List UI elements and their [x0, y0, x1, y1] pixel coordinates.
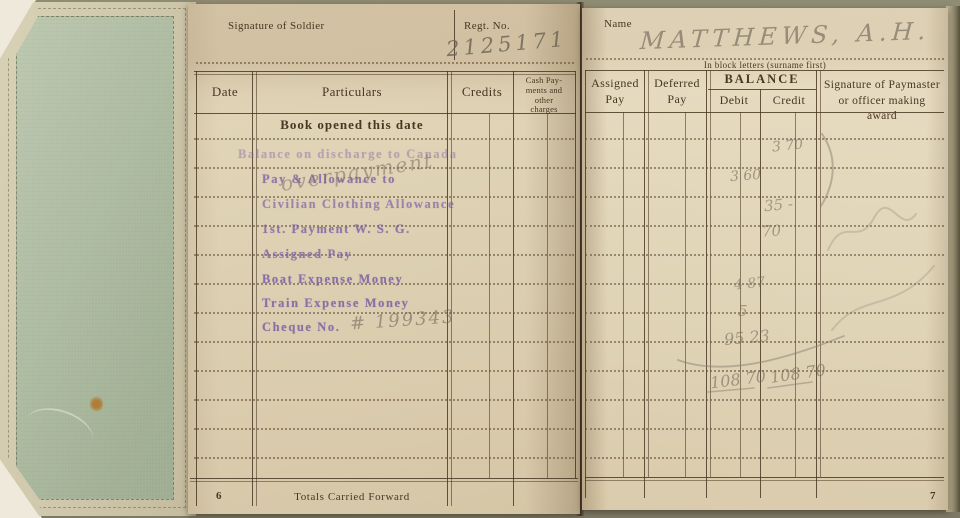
- col-credits-right: [513, 71, 514, 506]
- totals-rule: [190, 478, 578, 479]
- entry-rule: [194, 254, 574, 256]
- regt-no-label: Regt. No.: [464, 20, 510, 32]
- signature-rule: [196, 62, 574, 64]
- cover-stain: [90, 396, 103, 412]
- totals-carried-forward-label: Totals Carried Forward: [256, 491, 448, 503]
- page-number-left: 6: [216, 490, 222, 502]
- entry-rule: [194, 428, 574, 430]
- col-date-right: [252, 71, 253, 506]
- stamp-cheque-no: Cheque No.: [262, 320, 341, 335]
- stamp-train-expense: Train Expense Money: [262, 296, 410, 311]
- stamp-civilian-clothing: Civilian Clothing Allowance: [262, 197, 455, 212]
- right-page: Name MATTHEWS, A.H. In block letters (su…: [582, 8, 948, 510]
- col-table-right: [575, 71, 576, 478]
- col-date-right2: [256, 71, 257, 506]
- particulars-header: Particulars: [256, 84, 448, 100]
- entry-rule: [194, 457, 574, 459]
- stamp-first-payment-wsg: 1st. Payment W. S. G.: [262, 222, 411, 237]
- book-opened-label: Book opened this date: [256, 117, 448, 133]
- date-header: Date: [196, 84, 254, 100]
- col-particulars-right: [447, 71, 448, 506]
- col-particulars-right2: [451, 71, 452, 506]
- cash-payments-header: Cash Pay- ments and other charges: [514, 76, 574, 115]
- entry-rule: [194, 399, 574, 401]
- stamp-assigned-pay: Assigned Pay: [262, 247, 352, 262]
- pencil-scribbles: [582, 8, 948, 510]
- paybook-scan: Signature of Soldier Regt. No. 2125171 D…: [0, 0, 960, 518]
- entry-rule: [194, 138, 574, 140]
- totals-rule: [585, 477, 944, 478]
- entry-rule: [194, 341, 574, 343]
- page-number-right: 7: [930, 490, 936, 502]
- col-table-left: [196, 71, 197, 506]
- signature-of-soldier-label: Signature of Soldier: [228, 20, 325, 32]
- stamp-boat-expense: Boat Expense Money: [262, 272, 403, 287]
- left-page: Signature of Soldier Regt. No. 2125171 D…: [188, 4, 580, 514]
- totals-rule2: [585, 480, 944, 481]
- entry-rule: [194, 370, 574, 372]
- cover-right-edge: [946, 6, 960, 512]
- totals-rule2: [190, 481, 578, 482]
- credits-header: Credits: [451, 84, 513, 100]
